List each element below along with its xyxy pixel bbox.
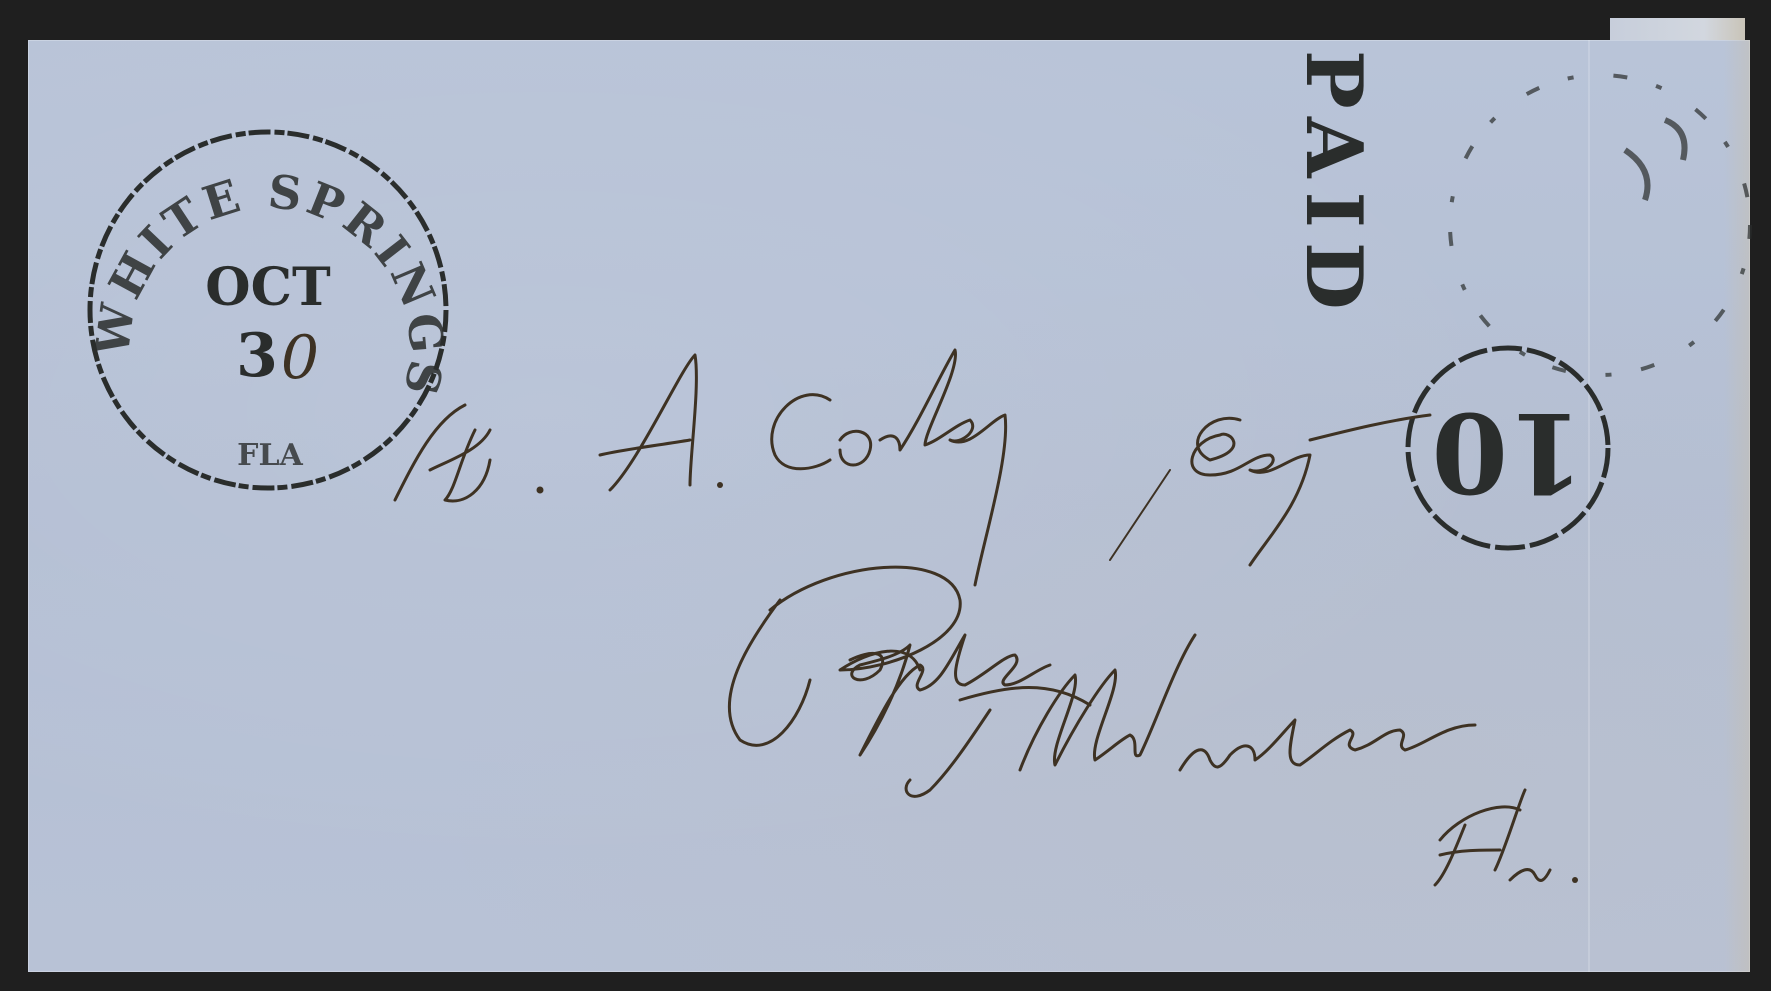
postmark-month: OCT [205, 257, 331, 318]
svg-text:PAID: PAID [1288, 50, 1379, 324]
faint-datestamp [1450, 75, 1750, 375]
cover-markings: WHITE SPRINGS FLA OCT 3 0 PAID 10 [0, 0, 1771, 991]
postmark-day-printed: 3 [236, 321, 278, 391]
manuscript-address [395, 350, 1578, 885]
postmark-state: FLA [237, 438, 303, 473]
circular-datestamp: WHITE SPRINGS FLA OCT 3 0 [85, 132, 454, 488]
postmark-day-manuscript: 0 [281, 323, 319, 393]
paid-handstamp: PAID [1288, 50, 1379, 324]
rate-handstamp-10: 10 [1408, 348, 1608, 548]
svg-text:10: 10 [1431, 388, 1584, 517]
